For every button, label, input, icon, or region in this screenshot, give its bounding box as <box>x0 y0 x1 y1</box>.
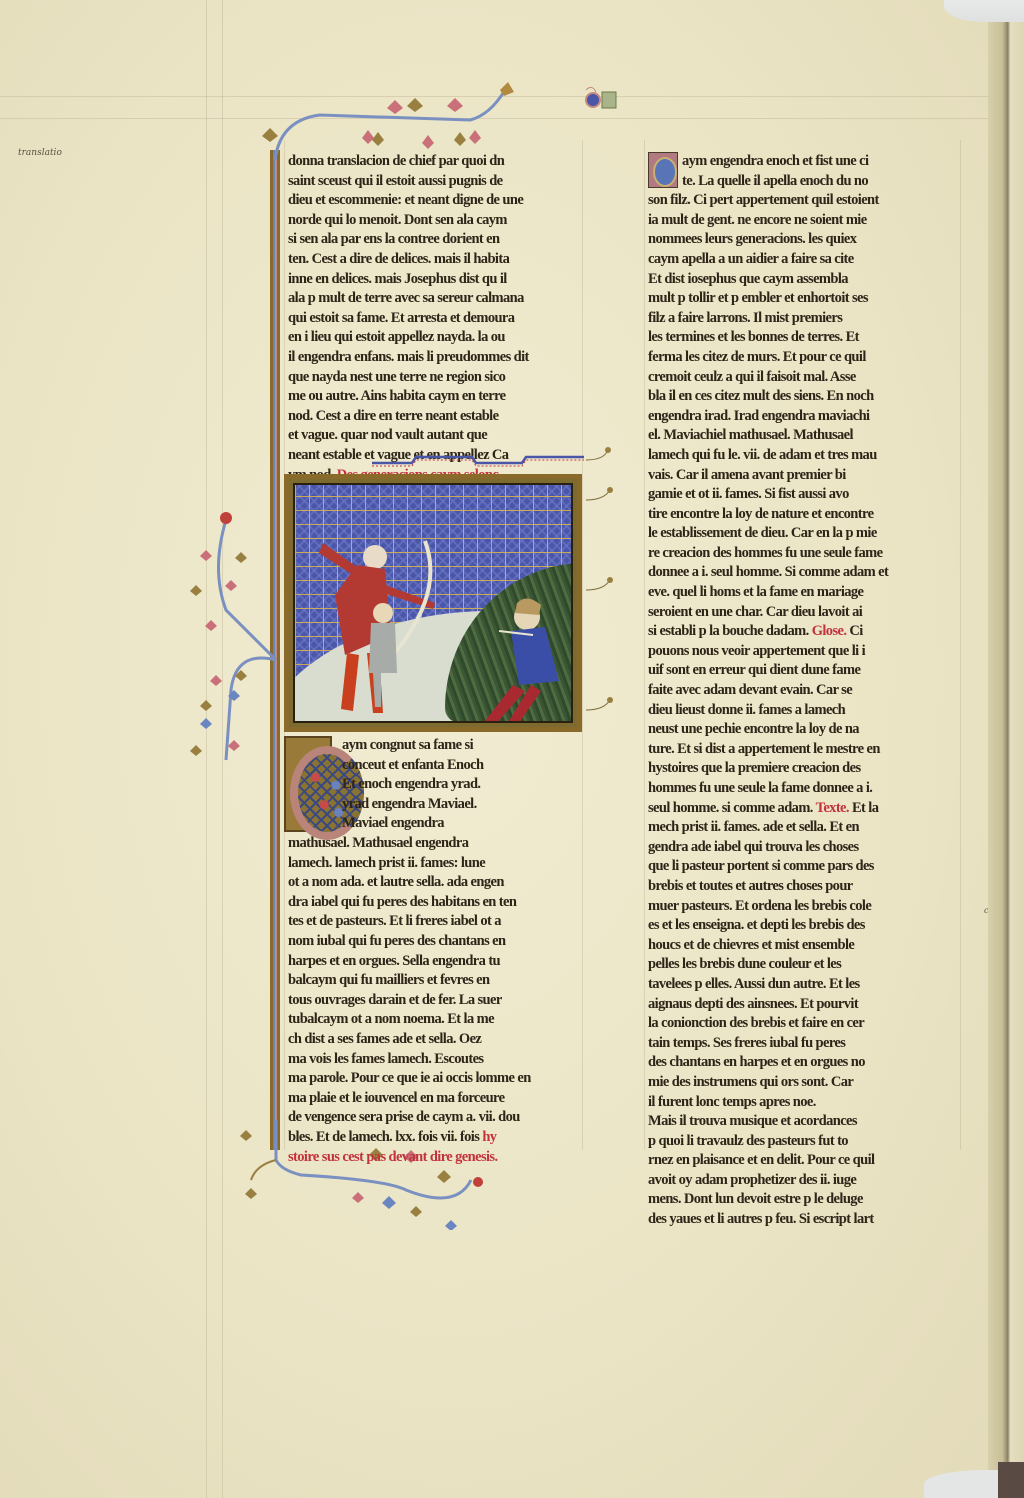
text-line: hommes fu une seule la fame donnee a i. <box>648 779 960 799</box>
text-line: seroient en une char. Car dieu lavoit ai <box>648 603 960 623</box>
text-fragment: seul homme. si comme adam. <box>648 800 813 816</box>
text-line: yrad engendra Maviael. <box>342 795 582 815</box>
text-line: ture. Et si dist a appertement le mestre… <box>648 740 960 760</box>
text-fragment: Et la <box>852 800 878 816</box>
ruling-vertical-right-inner <box>960 140 961 1150</box>
text-line: mech prist ii. fames. ade et sella. Et e… <box>648 818 960 838</box>
top-vine-ornament-icon <box>220 80 530 160</box>
text-line: il furent lonc temps apres noe. <box>648 1093 960 1113</box>
text-line: faite avec adam devant evain. Car se <box>648 681 960 701</box>
text-fragment: Ci <box>849 623 862 639</box>
text-line: si sen ala par ens la contree dorient en <box>288 230 580 250</box>
text-line: eve. quel li homs et la fame en mariage <box>648 583 960 603</box>
left-vine-ornament-icon <box>186 490 286 790</box>
text-fragment: bles. Et de lamech. lxx. fois vii. fois <box>288 1129 479 1145</box>
rubric-fragment: hy <box>482 1129 496 1145</box>
text-line: avoit oy adam prophetizer des ii. iuge <box>648 1171 960 1191</box>
text-line: aym congnut sa fame si <box>342 736 582 756</box>
text-line: neust une pechie encontre la loy de na <box>648 720 960 740</box>
text-line: et vague. quar nod vault autant que <box>288 426 580 446</box>
text-line: uif sont en erreur qui dient dune fame <box>648 661 960 681</box>
text-line: me ou autre. Ains habita caym en terre <box>288 387 580 407</box>
text-line: norde qui lo menoit. Dont sen ala caym <box>288 211 580 231</box>
text-line: cremoit ceulz a qui il faisoit mal. Asse <box>648 368 960 388</box>
text-line: conceut et enfanta Enoch <box>342 756 582 776</box>
text-line: aignaus depti des ainsnees. Et pourvit <box>648 995 960 1015</box>
text-line: muer pasteurs. Et ordena les brebis cole <box>648 897 960 917</box>
text-line: gendra ade iabel qui trouva les choses <box>648 838 960 858</box>
text-line: filz a faire larrons. Il mist premiers <box>648 309 960 329</box>
text-line: aym engendra enoch et fist une ci <box>648 152 960 172</box>
text-line: les termines et les bonnes de terres. Et <box>648 328 960 348</box>
text-line: hystoires que la premiere creacion des <box>648 759 960 779</box>
right-text-column: aym engendra enoch et fist une ci te. La… <box>648 152 960 1230</box>
text-line: ia mult de gent. ne encore ne soient mie <box>648 211 960 231</box>
text-line: ferma les citez de murs. Et pour ce quil <box>648 348 960 368</box>
margin-note-left: translatio <box>18 148 62 158</box>
text-line: p quoi li travaulz des pasteurs fut to <box>648 1132 960 1152</box>
text-line: donna translacion de chief par quoi dn <box>288 152 580 172</box>
closing-rubric: stoire sus cest pas devant dire genesis. <box>288 1148 580 1168</box>
text-line: es et les enseigna. et depti les brebis … <box>648 916 960 936</box>
text-line: pelles les brebis dune couleur et les <box>648 955 960 975</box>
ruling-vertical-right <box>644 140 645 1150</box>
text-line: dieu lieust donne ii. fames a lamech <box>648 701 960 721</box>
text-line: bla il en ces citez mult des siens. En n… <box>648 387 960 407</box>
text-line: mie des instrumens qui ors sont. Car <box>648 1073 960 1093</box>
text-line: mult p tollir et p embler et enhortoit s… <box>648 289 960 309</box>
text-line: son filz. Ci pert appertement quil estoi… <box>648 191 960 211</box>
text-line: donnee a i. seul homme. Si comme adam et <box>648 563 960 583</box>
ruling-vertical-left-inner <box>582 140 583 1150</box>
page-corner-bottom <box>924 1470 1024 1498</box>
left-text-column: donna translacion de chief par quoi dn s… <box>288 152 580 505</box>
text-line: le establissement de dieu. Car en la p m… <box>648 524 960 544</box>
text-line: pouons nous veoir appertement que li i <box>648 642 960 662</box>
text-line: des yaues et li autres p feu. Si escript… <box>648 1210 960 1230</box>
text-line: en i lieu qui estoit appellez nayda. la … <box>288 328 580 348</box>
manuscript-folio: translatio caro don <box>0 0 1000 1498</box>
texte-label: Texte. <box>816 800 849 816</box>
text-line: que nayda nest une terre ne region sico <box>288 368 580 388</box>
text-line: nod. Cest a dire en terre neant estable <box>288 407 580 427</box>
text-line: harpes et en orgues. Sella engendra tu <box>288 952 580 972</box>
text-line: tain temps. Ses freres iubal fu peres <box>648 1034 960 1054</box>
text-line: gamie et ot ii. fames. Si fist aussi avo <box>648 485 960 505</box>
text-line-with-rubric: bles. Et de lamech. lxx. fois vii. fois … <box>288 1128 580 1148</box>
text-line: lamech. lamech prist ii. fames: lune <box>288 854 580 874</box>
text-line: saint sceust qui il estoit aussi pugnis … <box>288 172 580 192</box>
left-text-column-bottom: mathusael. Mathusael engendra lamech. la… <box>288 834 580 1167</box>
text-line: nom iubal qui fu peres des chantans en <box>288 932 580 952</box>
text-line: mathusael. Mathusael engendra <box>288 834 580 854</box>
text-line: mens. Dont lun devoit estre p le deluge <box>648 1190 960 1210</box>
text-line: Mais il trouva musique et acordances <box>648 1112 960 1132</box>
miniature-diaper-background <box>293 483 573 723</box>
text-line: vais. Car il amena avant premier bi <box>648 466 960 486</box>
text-line: Maviael engendra <box>342 814 582 834</box>
text-line-with-glose: si establi p la bouche dadam. Glose. Ci <box>648 622 960 642</box>
text-line: brebis et toutes et autres choses pour <box>648 877 960 897</box>
text-line: dieu et escommenie: et neant digne de un… <box>288 191 580 211</box>
text-line: des chantans en harpes et en orgues no <box>648 1053 960 1073</box>
left-text-column-after-initial: aym congnut sa fame si conceut et enfant… <box>342 736 582 834</box>
text-line: nommees leurs generacions. les quiex <box>648 230 960 250</box>
text-line: engendra irad. Irad engendra maviachi <box>648 407 960 427</box>
glose-label: Glose. <box>812 623 847 639</box>
text-line: tavelees p elles. Aussi dun autre. Et le… <box>648 975 960 995</box>
text-line: el. Maviachiel mathusael. Mathusael <box>648 426 960 446</box>
miniature-lamech-kills-cain <box>284 474 582 732</box>
text-line: ma plaie et le iouvencel en ma forceure <box>288 1089 580 1109</box>
text-line: inne en delices. mais Josephus dist qu i… <box>288 270 580 290</box>
text-line-with-texte: seul homme. si comme adam. Texte. Et la <box>648 799 960 819</box>
text-fragment: si establi p la bouche dadam. <box>648 623 809 639</box>
text-line: lamech qui fu le. vii. de adam et tres m… <box>648 446 960 466</box>
text-line: ten. Cest a dire de delices. mais il hab… <box>288 250 580 270</box>
text-line: tes et de pasteurs. Et li freres iabel o… <box>288 912 580 932</box>
text-line: qui estoit sa fame. Et arresta et demour… <box>288 309 580 329</box>
text-line: Et dist iosephus que caym assembla <box>648 270 960 290</box>
text-line: dra iabel qui fu peres des habitans en t… <box>288 893 580 913</box>
text-line: rnez en plaisance et en delit. Pour ce q… <box>648 1151 960 1171</box>
line-filler-ornament-icon <box>372 455 584 469</box>
text-line: re creacion des hommes fu une seule fame <box>648 544 960 564</box>
historiated-initial-c <box>284 736 332 832</box>
text-line: Et enoch engendra yrad. <box>342 775 582 795</box>
text-line: tous ouvrages darain et de fer. La suer <box>288 991 580 1011</box>
text-line: il engendra enfans. mais li preudommes d… <box>288 348 580 368</box>
text-line: que li pasteur portent si comme pars des <box>648 857 960 877</box>
text-line: ma parole. Pour ce que ie ai occis lomme… <box>288 1069 580 1089</box>
text-line: balcaym qui fu mailliers et fevres en <box>288 971 580 991</box>
text-line: ala p mult de terre avec sa sereur calma… <box>288 289 580 309</box>
page-gutter-curl <box>988 0 1024 1498</box>
right-tendril-ornament-icon <box>584 440 624 730</box>
text-line: de vengence sera prise de caym a. vii. d… <box>288 1108 580 1128</box>
text-line: tire encontre la loy de nature et encont… <box>648 505 960 525</box>
text-line: ma vois les fames lamech. Escoutes <box>288 1050 580 1070</box>
text-line: ot a nom ada. et lautre sella. ada engen <box>288 873 580 893</box>
miniature-figures-icon <box>295 485 573 723</box>
text-line: ch dist a ses fames ade et sella. Oez <box>288 1030 580 1050</box>
text-line: houcs et de chievres et mist ensemble <box>648 936 960 956</box>
text-line: te. La quelle il apella enoch du no <box>648 172 960 192</box>
text-line: tubalcaym ot a nom noema. Et la me <box>288 1010 580 1030</box>
text-line: la conionction des brebis et faire en ce… <box>648 1014 960 1034</box>
text-line: caym apella a un aidier a faire sa cite <box>648 250 960 270</box>
top-flourish-initial-icon <box>584 86 620 112</box>
